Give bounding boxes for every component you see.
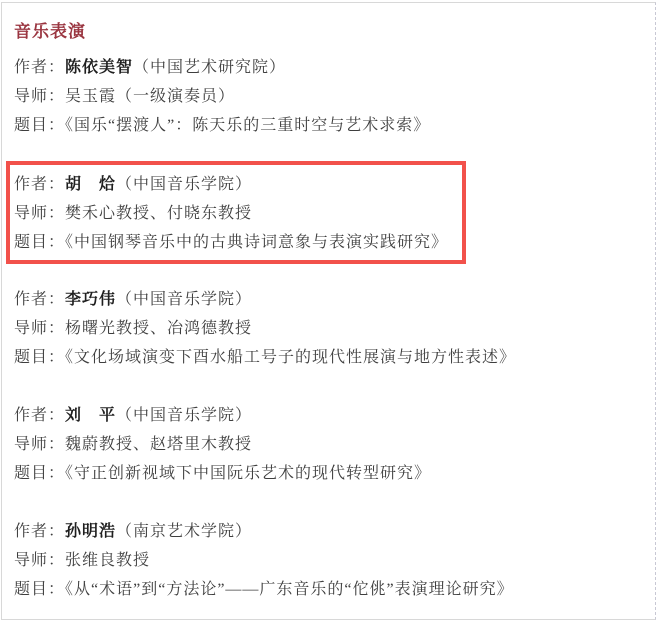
author-label: 作者： bbox=[14, 176, 65, 193]
thesis-entry: 作者：孙明浩（南京艺术学院） 导师：张维良教授 题目：《从“术语”到“方法论”—… bbox=[14, 517, 655, 604]
author-label: 作者： bbox=[14, 407, 65, 424]
advisor-label: 导师： bbox=[14, 320, 65, 337]
advisor-line: 导师：杨曙光教授、冶鸿德教授 bbox=[14, 314, 655, 343]
author-label: 作者： bbox=[14, 291, 65, 308]
advisor-label: 导师： bbox=[14, 88, 65, 105]
author-line: 作者：刘 平（中国音乐学院） bbox=[14, 401, 655, 430]
advisor-line: 导师：魏蔚教授、赵塔里木教授 bbox=[14, 430, 655, 459]
title-line: 题目：《国乐“摆渡人”：陈天乐的三重时空与艺术求索》 bbox=[14, 111, 655, 140]
author-affiliation: （中国艺术研究院） bbox=[133, 59, 286, 76]
thesis-title: 《国乐“摆渡人”：陈天乐的三重时空与艺术求索》 bbox=[65, 117, 430, 134]
thesis-entry: 作者：李巧伟（中国音乐学院） 导师：杨曙光教授、冶鸿德教授 题目：《文化场域演变… bbox=[14, 285, 655, 372]
advisor-names: 吴玉霞（一级演奏员） bbox=[65, 88, 235, 105]
author-affiliation: （中国音乐学院） bbox=[116, 291, 252, 308]
author-name: 胡 烚 bbox=[65, 176, 116, 193]
author-line: 作者：胡 烚（中国音乐学院） bbox=[14, 170, 448, 199]
author-affiliation: （中国音乐学院） bbox=[116, 407, 252, 424]
advisor-label: 导师： bbox=[14, 205, 65, 222]
title-line: 题目：《守正创新视域下中国阮乐艺术的现代转型研究》 bbox=[14, 459, 655, 488]
author-affiliation: （中国音乐学院） bbox=[116, 176, 252, 193]
section-title: 音乐表演 bbox=[14, 21, 655, 43]
title-line: 题目：《文化场域演变下酉水船工号子的现代性展演与地方性表述》 bbox=[14, 343, 655, 372]
advisor-names: 樊禾心教授、付晓东教授 bbox=[65, 205, 252, 222]
title-label: 题目： bbox=[14, 117, 65, 134]
author-name: 陈依美智 bbox=[65, 59, 133, 76]
thesis-title: 《守正创新视域下中国阮乐艺术的现代转型研究》 bbox=[65, 465, 431, 482]
author-name: 刘 平 bbox=[65, 407, 116, 424]
author-name: 孙明浩 bbox=[65, 523, 116, 540]
title-line: 题目：《从“术语”到“方法论”——广东音乐的“佗佻”表演理论研究》 bbox=[14, 575, 655, 604]
advisor-names: 张维良教授 bbox=[65, 552, 150, 569]
advisor-line: 导师：樊禾心教授、付晓东教授 bbox=[14, 199, 448, 228]
thesis-title: 《文化场域演变下酉水船工号子的现代性展演与地方性表述》 bbox=[65, 349, 516, 366]
thesis-entry-highlighted: 作者：胡 烚（中国音乐学院） 导师：樊禾心教授、付晓东教授 题目：《中国钢琴音乐… bbox=[6, 161, 466, 264]
advisor-label: 导师： bbox=[14, 436, 65, 453]
title-label: 题目： bbox=[14, 349, 65, 366]
thesis-entry: 作者：陈依美智（中国艺术研究院） 导师：吴玉霞（一级演奏员） 题目：《国乐“摆渡… bbox=[14, 53, 655, 140]
title-label: 题目： bbox=[14, 234, 65, 251]
title-label: 题目： bbox=[14, 465, 65, 482]
author-line: 作者：陈依美智（中国艺术研究院） bbox=[14, 53, 655, 82]
author-line: 作者：孙明浩（南京艺术学院） bbox=[14, 517, 655, 546]
title-line: 题目：《中国钢琴音乐中的古典诗词意象与表演实践研究》 bbox=[14, 228, 448, 257]
title-label: 题目： bbox=[14, 581, 65, 598]
advisor-names: 杨曙光教授、冶鸿德教授 bbox=[65, 320, 252, 337]
author-line: 作者：李巧伟（中国音乐学院） bbox=[14, 285, 655, 314]
author-label: 作者： bbox=[14, 59, 65, 76]
author-affiliation: （南京艺术学院） bbox=[116, 523, 252, 540]
author-name: 李巧伟 bbox=[65, 291, 116, 308]
thesis-entry: 作者：刘 平（中国音乐学院） 导师：魏蔚教授、赵塔里木教授 题目：《守正创新视域… bbox=[14, 401, 655, 488]
advisor-line: 导师：吴玉霞（一级演奏员） bbox=[14, 82, 655, 111]
thesis-title: 《从“术语”到“方法论”——广东音乐的“佗佻”表演理论研究》 bbox=[65, 581, 514, 598]
thesis-title: 《中国钢琴音乐中的古典诗词意象与表演实践研究》 bbox=[65, 234, 448, 251]
author-label: 作者： bbox=[14, 523, 65, 540]
advisor-label: 导师： bbox=[14, 552, 65, 569]
advisor-line: 导师：张维良教授 bbox=[14, 546, 655, 575]
document-page: 音乐表演 作者：陈依美智（中国艺术研究院） 导师：吴玉霞（一级演奏员） 题目：《… bbox=[1, 2, 656, 620]
advisor-names: 魏蔚教授、赵塔里木教授 bbox=[65, 436, 252, 453]
